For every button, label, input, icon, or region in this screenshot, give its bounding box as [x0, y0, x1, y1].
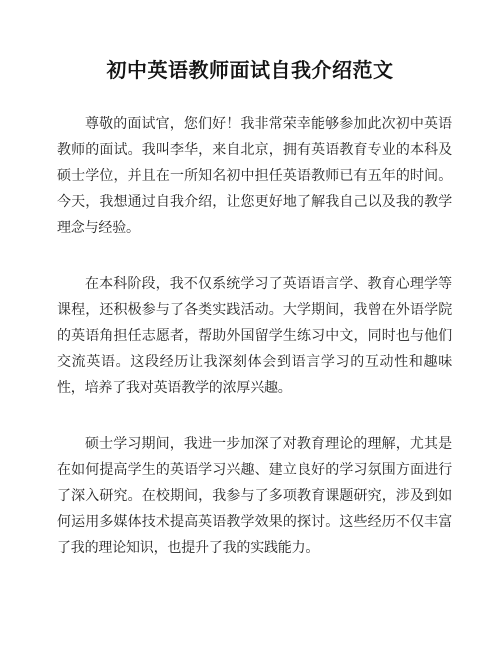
paragraph-undergraduate: 在本科阶段，我不仅系统学习了英语语言学、教育心理学等课程，还积极参与了各类实践活… — [57, 272, 452, 402]
document-page: 初中英语教师面试自我介绍范文 尊敬的面试官，您们好！我非常荣幸能够参加此次初中英… — [0, 0, 500, 647]
page-title: 初中英语教师面试自我介绍范文 — [0, 0, 500, 85]
paragraph-intro: 尊敬的面试官，您们好！我非常荣幸能够参加此次初中英语教师的面试。我叫李华，来自北… — [57, 112, 452, 242]
document-body: 尊敬的面试官，您们好！我非常荣幸能够参加此次初中英语教师的面试。我叫李华，来自北… — [0, 85, 500, 562]
paragraph-masters: 硕士学习期间，我进一步加深了对教育理论的理解，尤其是在如何提高学生的英语学习兴趣… — [57, 432, 452, 562]
